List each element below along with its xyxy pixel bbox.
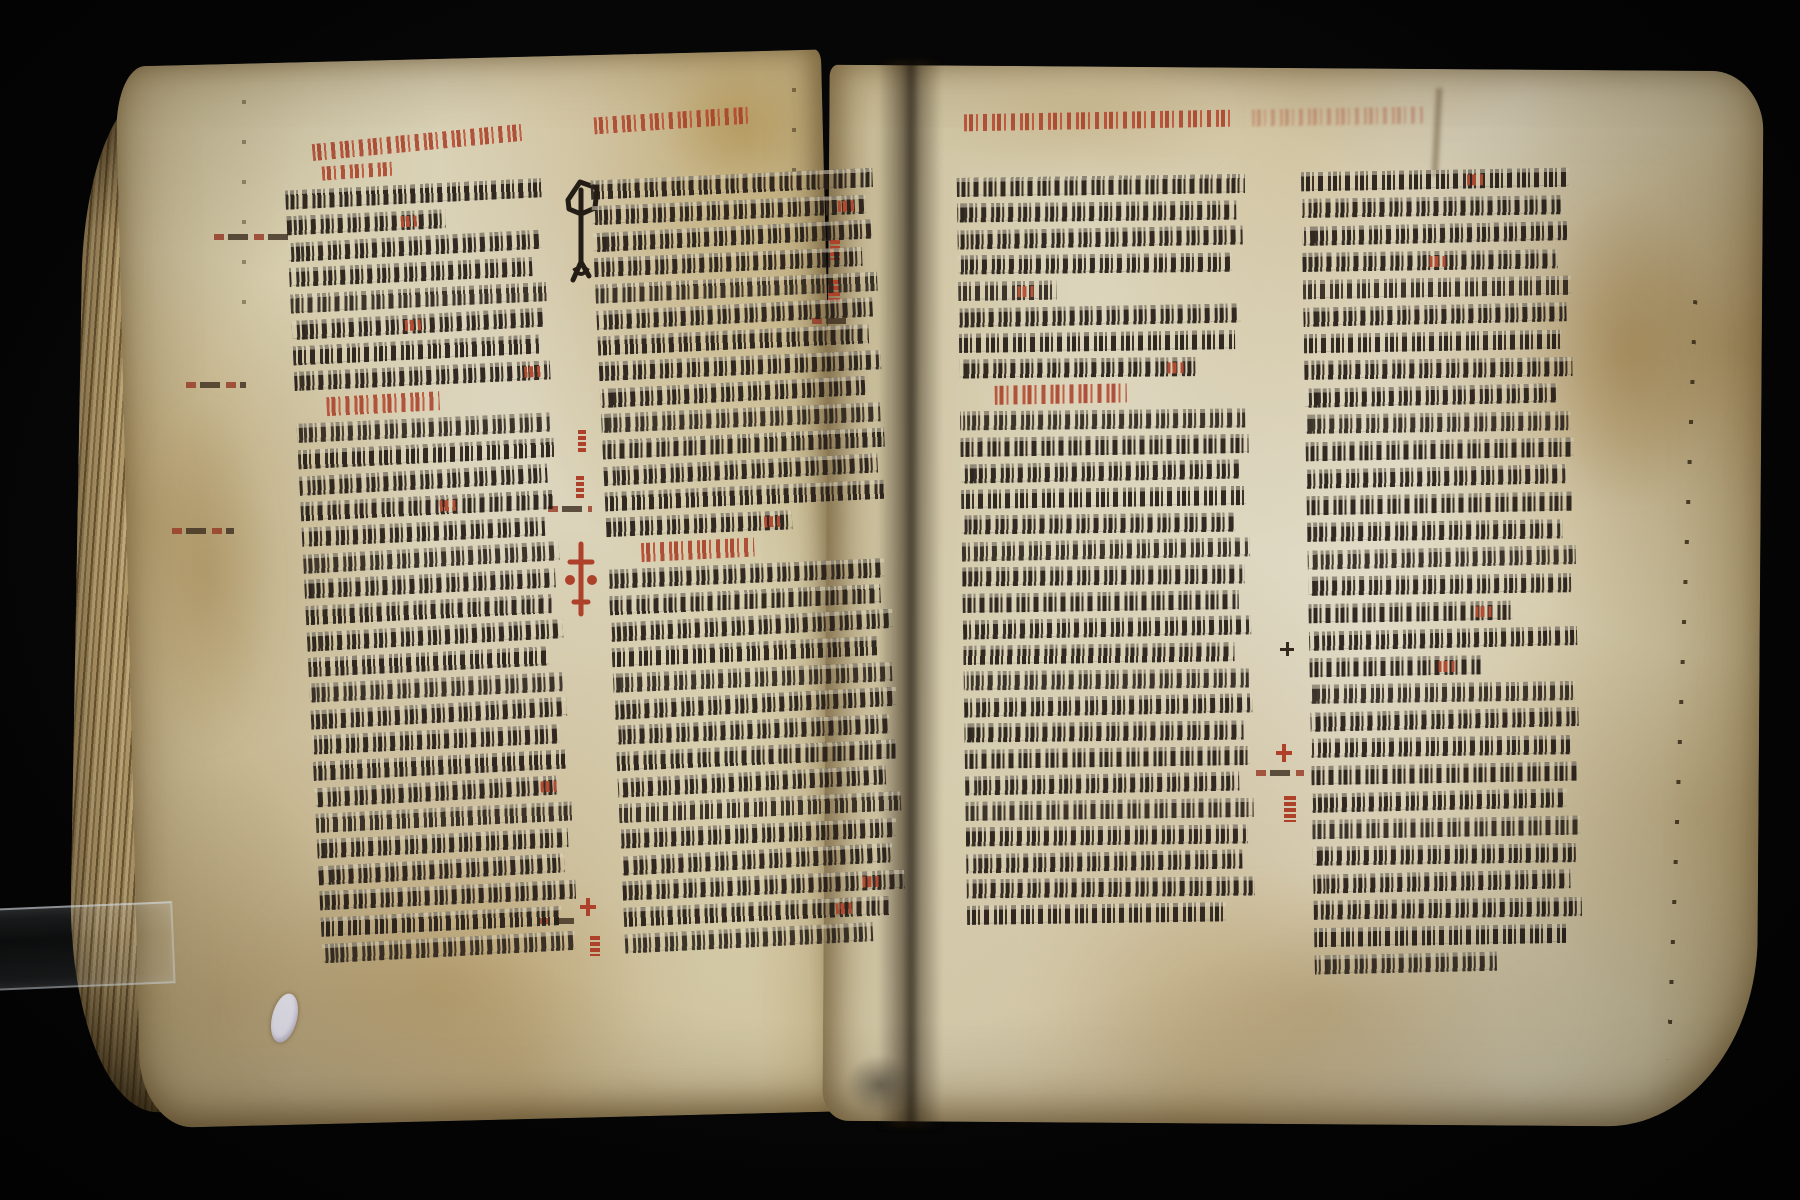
manuscript-text-line: ወይቤልዎ፡እምአይቴ xyxy=(965,798,1253,821)
rubric-showthrough xyxy=(1252,107,1424,127)
manuscript-text-line: ወሖረ፡ካዕበ፡ወፅአ፡ዘሀ xyxy=(601,402,881,433)
manuscript-text-line: ዳም፡ዘያጸግቦሙ፡ለእ xyxy=(966,850,1243,874)
manuscript-text-line: ይቤሉ፡ xyxy=(958,281,1056,301)
red-divider-mark xyxy=(836,902,864,914)
manuscript-text-line: ወአልቦሙ፡ዘይበልዑ xyxy=(961,460,1241,484)
manuscript-text-line: ስእለቶ፡ያውፅእ፡ጋኔነ xyxy=(308,646,549,677)
manuscript-text-line: ምድር፡ወነሥአ፡ወአ xyxy=(1302,249,1557,272)
manuscript-text-line: ወከለባትኒ፡ይበልዑ xyxy=(318,853,564,885)
manuscript-text-line: ኪያሆሙኒ፡ወበልዑ xyxy=(1306,464,1566,489)
manuscript-text-line: በመንፈሱ፡ወይቤ፡ለም xyxy=(1312,816,1580,840)
manuscript-text-line: ድ፡ትእምርት፡ xyxy=(1315,952,1498,975)
manuscript-text-line: ዎሙ፡ጽዉማኒሆሙ፡ው xyxy=(964,669,1249,691)
manuscript-text-line: ወይእቲ፡አሜሃ፡ካዕበ፡ብ xyxy=(960,409,1245,431)
manuscript-text-line: ይቤሎሙ፡ለስብእ፡ወ xyxy=(1301,195,1561,218)
manuscript-text-line: ኢየሱስ፡ኅድጊ፡ይጽገቡ xyxy=(310,697,567,730)
acrylic-page-holder-strip xyxy=(0,901,176,991)
manuscript-text-line: ኵሉ፡ለሰብእ፡ xyxy=(286,209,445,235)
photograph-of-manuscript: ፲፱በእንተ፡ብእሲት፡ሳሮፊን ትዳዊት፡፡ ፳፰እንተ፡በሃም፡ ፳፱በእን… xyxy=(0,0,1800,1200)
manuscript-text-line: ሰ፡መዋዕለ፡እንዘ፡ይጸን xyxy=(963,590,1240,613)
manuscript-text-line: ቤሎሙ፡እምሕሩ፡እሉ xyxy=(962,537,1250,561)
red-divider-mark xyxy=(1430,256,1458,267)
red-divider-mark xyxy=(440,499,469,511)
manuscript-text-line: ንት፡ዛቲ፡ትውልድ፡ተ xyxy=(1313,843,1576,866)
manuscript-text-line: ኒሁ፡ወተፍአ፡ወገሠሠ xyxy=(615,714,889,744)
red-divider-mark xyxy=(1438,661,1466,672)
manuscript-text-line: ኵተ፡ፈተተ፡ወወሀቦ xyxy=(1303,302,1566,327)
manuscript-text-line: ሃማንሂ፡ያነብቦሙ፡ xyxy=(959,357,1195,378)
manuscript-text-line: ወተንሥአ፡እግዚእ፡እ xyxy=(288,230,542,262)
gutter-red-numeral xyxy=(1284,796,1296,822)
manuscript-text-line: አዘዞሙ፡ይርፍቁ፡ዲ xyxy=(1302,221,1568,246)
manuscript-text-line: ኤፋታሕ፡ወተፈታሕ xyxy=(619,791,902,823)
manuscript-text-line: ሳኑ፡ወነበበ፡ርቱዐ xyxy=(622,870,905,901)
manuscript-text-line: አርባዕተ፡ምእተ፡ xyxy=(1308,601,1512,624)
manuscript-text-line: ወአምጽኡ፡ኀቤሁ፡በህመ xyxy=(608,558,885,589)
red-divider-mark xyxy=(1017,286,1045,297)
manuscript-text-line: ያሉክ፡እምህየ፡ሐረ፡ብ xyxy=(289,257,533,287)
gutter-red-numeral xyxy=(578,430,586,452)
manuscript-text-line: ሕዝብ፡እስመ፡ናሁ፡ሠሉ xyxy=(962,565,1244,587)
manuscript-text-line: ክሙ፡ፍኖተ፡እስመ፡ቦ xyxy=(964,721,1244,743)
manuscript-text-line: እምፍርፋራት፡ውሉ xyxy=(319,880,576,911)
manuscript-text-line: ንረክብ፡ኅብስተ፡በዝ፡ገ xyxy=(966,825,1248,847)
manuscript-text-line: ወአንዙ፡ይትዋቀሡ፡ም xyxy=(1310,707,1578,732)
red-cross-doodle xyxy=(564,540,598,618)
manuscript-text-line: ሐፀጋ፡ኀጢጾ፡እምላዕሌሃ xyxy=(600,376,866,408)
manuscript-text-line: ዙኅ፡ሰብእ፡እንዘ፡ሀለዉ xyxy=(960,434,1248,457)
manuscript-text-line: ወተፈትሐ፡ቶሎ፡እዘኒሁ xyxy=(621,843,892,875)
manuscript-text-line: ሑኒ፡ወአልቦሙ፡ዘይብ xyxy=(963,615,1251,639)
manuscript-text-line: ወጸውዖሙ፡እግዚእ፡ኢ xyxy=(961,486,1246,509)
red-margin-mark xyxy=(186,382,246,388)
left-page-column-2: ያብልሁ፡ዘታሕቲ፡ግእይ፡ናርፋራት፡ዘያወጽእ፡ያቂትወይቤላ፡እግዚእ፡ኢ… xyxy=(590,168,907,960)
manuscript-text-line: ብስተ፡ውሉድ፡ወወሀ xyxy=(314,776,558,808)
pricking-holes xyxy=(242,100,246,310)
manuscript-text-line: ቱ፡ወፈድፋደ፡ያነክሩ፡ወ xyxy=(958,253,1232,275)
manuscript-text-line: ወመጽኡ፡ፈሪሳውያን xyxy=(1310,681,1576,704)
manuscript-text-line: ወእምዝ፡ፈነዎሙ፡ xyxy=(1309,626,1577,651)
red-divider-mark xyxy=(764,515,792,527)
red-divider-mark xyxy=(1167,362,1195,373)
manuscript-text-line: ኩ፡ከለባት፡ኢ፡እንክብ፡ xyxy=(322,931,576,963)
manuscript-text-line: ኑሂ፡ወክእኑ፡ተኀብኆ xyxy=(294,360,551,391)
manuscript-text-line: ምረ፡እምሰማይ፡እንዘ xyxy=(1311,762,1577,786)
manuscript-text-line: ወእምዝ፡ሰምዐት፡ቦቤ xyxy=(297,412,551,442)
manuscript-text-line: ስብዐተ፡አስፈሪዳተ xyxy=(1308,545,1576,570)
manuscript-text-line: ኵሎ፡ሠናየ፡ገብረ፡ለጽሙ xyxy=(959,303,1242,327)
manuscript-text-line: ድ፡ወትቤ፡ሑሪ፡ባቲ xyxy=(321,906,562,937)
manuscript-text-line: ስተ፡አብያቲሆሙ፡ይደ xyxy=(964,693,1252,717)
right-page-column-1: ይነግሩ፡ወኢለመኑሂ፡ወአምጣነ፡ውእቱ፡ይካልእሙ፡ፈድፋደ፡ይነግሩ፡ሎቱ… xyxy=(957,174,1255,932)
red-divider-mark xyxy=(1476,606,1504,617)
manuscript-text-line: ት፡ወትቤሎ፡እወ፡እግዚኦ xyxy=(317,828,568,858)
manuscript-text-line: የሱስ፡ለአርዳኢሁ፡ወይ xyxy=(961,513,1235,535)
manuscript-text-line: ት፡ወሰገደት፡ኀበ፡እገሪ xyxy=(302,517,546,547)
manuscript-text-line: ርፋራት፡ዘያወጽእ፡ያቂት xyxy=(592,195,866,225)
manuscript-text-line: ሉዑ፡ወእመሰ፡ፈነውክ xyxy=(963,642,1234,665)
manuscript-text-line: ሙ፡ፈድፋደ፡ይነግሩ፡ሎ xyxy=(957,225,1242,249)
left-page-column-1: ወዕእ፡እምውክጥ፡ያፈሬኵሉ፡ለሰብእ፡ወተንሥአ፡እግዚእ፡እያሉክ፡እምህ… xyxy=(285,178,579,970)
red-divider-mark xyxy=(401,215,429,227)
manuscript-text-line: ያእምሮ፡ስብእ፡ወኢመ xyxy=(293,335,539,366)
manuscript-text-line: ብእ፡ወቦሙ፡ዓሣት xyxy=(1305,383,1557,407)
red-margin-mark xyxy=(172,528,234,534)
manuscript-text-line: ደልማኑተ፡ xyxy=(1309,655,1481,677)
gutter-red-numeral xyxy=(590,936,600,956)
right-page-column-2: ወይቤልዎ፡ስብዐ፡ወይቤሎሙ፡ለስብእ፡ወአዘዞሙ፡ይርፍቁ፡ዲምድር፡ወነሥ… xyxy=(1301,168,1583,983)
manuscript-text-line: ወይቤልዎ፡ስብዐ፡ወ xyxy=(1301,168,1569,192)
manuscript-text-line: ኅዳጣን፡ወባረኮሙ xyxy=(1305,411,1571,434)
stain-blotch xyxy=(845,1055,915,1115)
manuscript-text-line: ሉ፡ሕዝብ፡ወይቤሎሙ xyxy=(967,876,1255,898)
manuscript-text-line: በእንተዝ፡ቃልኪ፡ሑሪ፡ወ xyxy=(594,247,862,277)
red-margin-mark xyxy=(214,234,290,240)
pricking-holes xyxy=(792,88,796,178)
red-divider-mark xyxy=(540,780,558,792)
bottom-gutter-red-cross xyxy=(580,898,596,916)
manuscript-text-line: ላ፡ማእከለ፡ደወለ፡አሀጉ xyxy=(605,480,885,512)
gutter-red-dash xyxy=(1256,770,1304,776)
gutter-red-numeral xyxy=(576,476,584,498)
manuscript-text-line: ርቡ፡ሎሙ፡ወኮሎ፡ለሰ xyxy=(1304,357,1572,380)
manuscript-text-line: ሙ፡ለአርዳኢሁ፡ያቅ xyxy=(1304,330,1562,353)
manuscript-text-line: ሮቱ፡አህጉር፡ xyxy=(606,510,793,537)
red-divider-mark xyxy=(524,365,550,377)
manuscript-text-line: ወአውሥኡ፡አርዳኢሁ xyxy=(965,772,1239,796)
manuscript-text-line: መጠን፡ኅብስተ፡ብከ xyxy=(967,902,1226,925)
manuscript-text-line: ያሜክርዎ፡ወተገሠፀ xyxy=(1312,788,1567,813)
manuscript-text-line: ወሀብ፡ለዛቲ፡ትውል xyxy=(1314,924,1566,947)
manuscript-text-line: ወይቤ፡ያቅርቡ፡ሎሙ xyxy=(1306,438,1574,462)
chapter-rubric-line: ምዕራፍ፡፳ xyxy=(641,538,755,563)
stain-blotch xyxy=(133,393,282,756)
manuscript-text-line: ስብዐ፡ኅብስተ፡ወአእ xyxy=(1303,276,1571,300)
chapter-rubric-line: ምዕራፍ፡፲፱ xyxy=(326,391,439,416)
manuscript-text-line: ዘአትረፉ፡ፍተታተ xyxy=(1307,519,1562,542)
chapter-rubric-line: ምዕራፍ፡፳፩ xyxy=(994,383,1127,404)
manuscript-text-line: ሊሁ፡ወአጥብዖ፡እምነ xyxy=(612,636,878,667)
gutter-red-cross xyxy=(1276,744,1292,762)
manuscript-text-line: ዘ፡ላቲ፡ወለታ፡ወመጽአ xyxy=(300,490,554,521)
manuscript-text-line: አምጣነ፡ውእቱ፡ይካልእ xyxy=(957,201,1237,223)
manuscript-text-line: ወጸግቡ፡ወአንሥኡ xyxy=(1307,492,1573,516)
red-divider-mark xyxy=(1467,174,1495,185)
red-divider-mark xyxy=(838,200,866,212)
manuscript-text-line: ወዘሶርያ፡ዘልዳ፡ሰብእ xyxy=(305,594,551,625)
manuscript-text-line: ወረከበታ፡ለወለታ፡ልብ xyxy=(598,324,869,355)
manuscript-text-line: ማንሂ፡ያሰምዖሙ፡ወለበ xyxy=(959,330,1236,353)
manuscript-text-line: እለ፡እምርሑቅ፡መጽኡ xyxy=(965,746,1250,769)
manuscript-text-line: ውሉድ፡ቅድመ፡እስመ xyxy=(312,724,561,754)
manuscript-text-line: ወገዚጸሙ፡ወአዘዞሙ xyxy=(625,922,874,953)
manuscript-text-line: ወእለ፡በልዑ፡የአክሉ xyxy=(1308,573,1571,596)
manuscript-text-line: ስሌሁ፡ይስእልዎ፡ተአ xyxy=(1311,735,1571,758)
gutter-black-cross xyxy=(1280,642,1294,656)
manuscript-text-line: ጣዒት፡ብእሲት፡ዘሶርያ xyxy=(304,568,555,598)
manuscript-text-line: ን፡እብለክሙ፡ኢትት xyxy=(1314,897,1582,920)
manuscript-text-line: እምወለታ፡ወይቤላ xyxy=(309,672,563,702)
red-divider-mark xyxy=(404,319,433,331)
manuscript-text-line: አምረ፡ተሐሥሥ፡አሜ xyxy=(1313,869,1571,894)
manuscript-text-line: ቦ፡ለከለባት፡ወአውሥአ xyxy=(316,801,573,832)
manuscript-text-line: ይነግሩ፡ወኢለመኑሂ፡ወ xyxy=(957,174,1245,197)
red-divider-mark xyxy=(862,875,890,887)
